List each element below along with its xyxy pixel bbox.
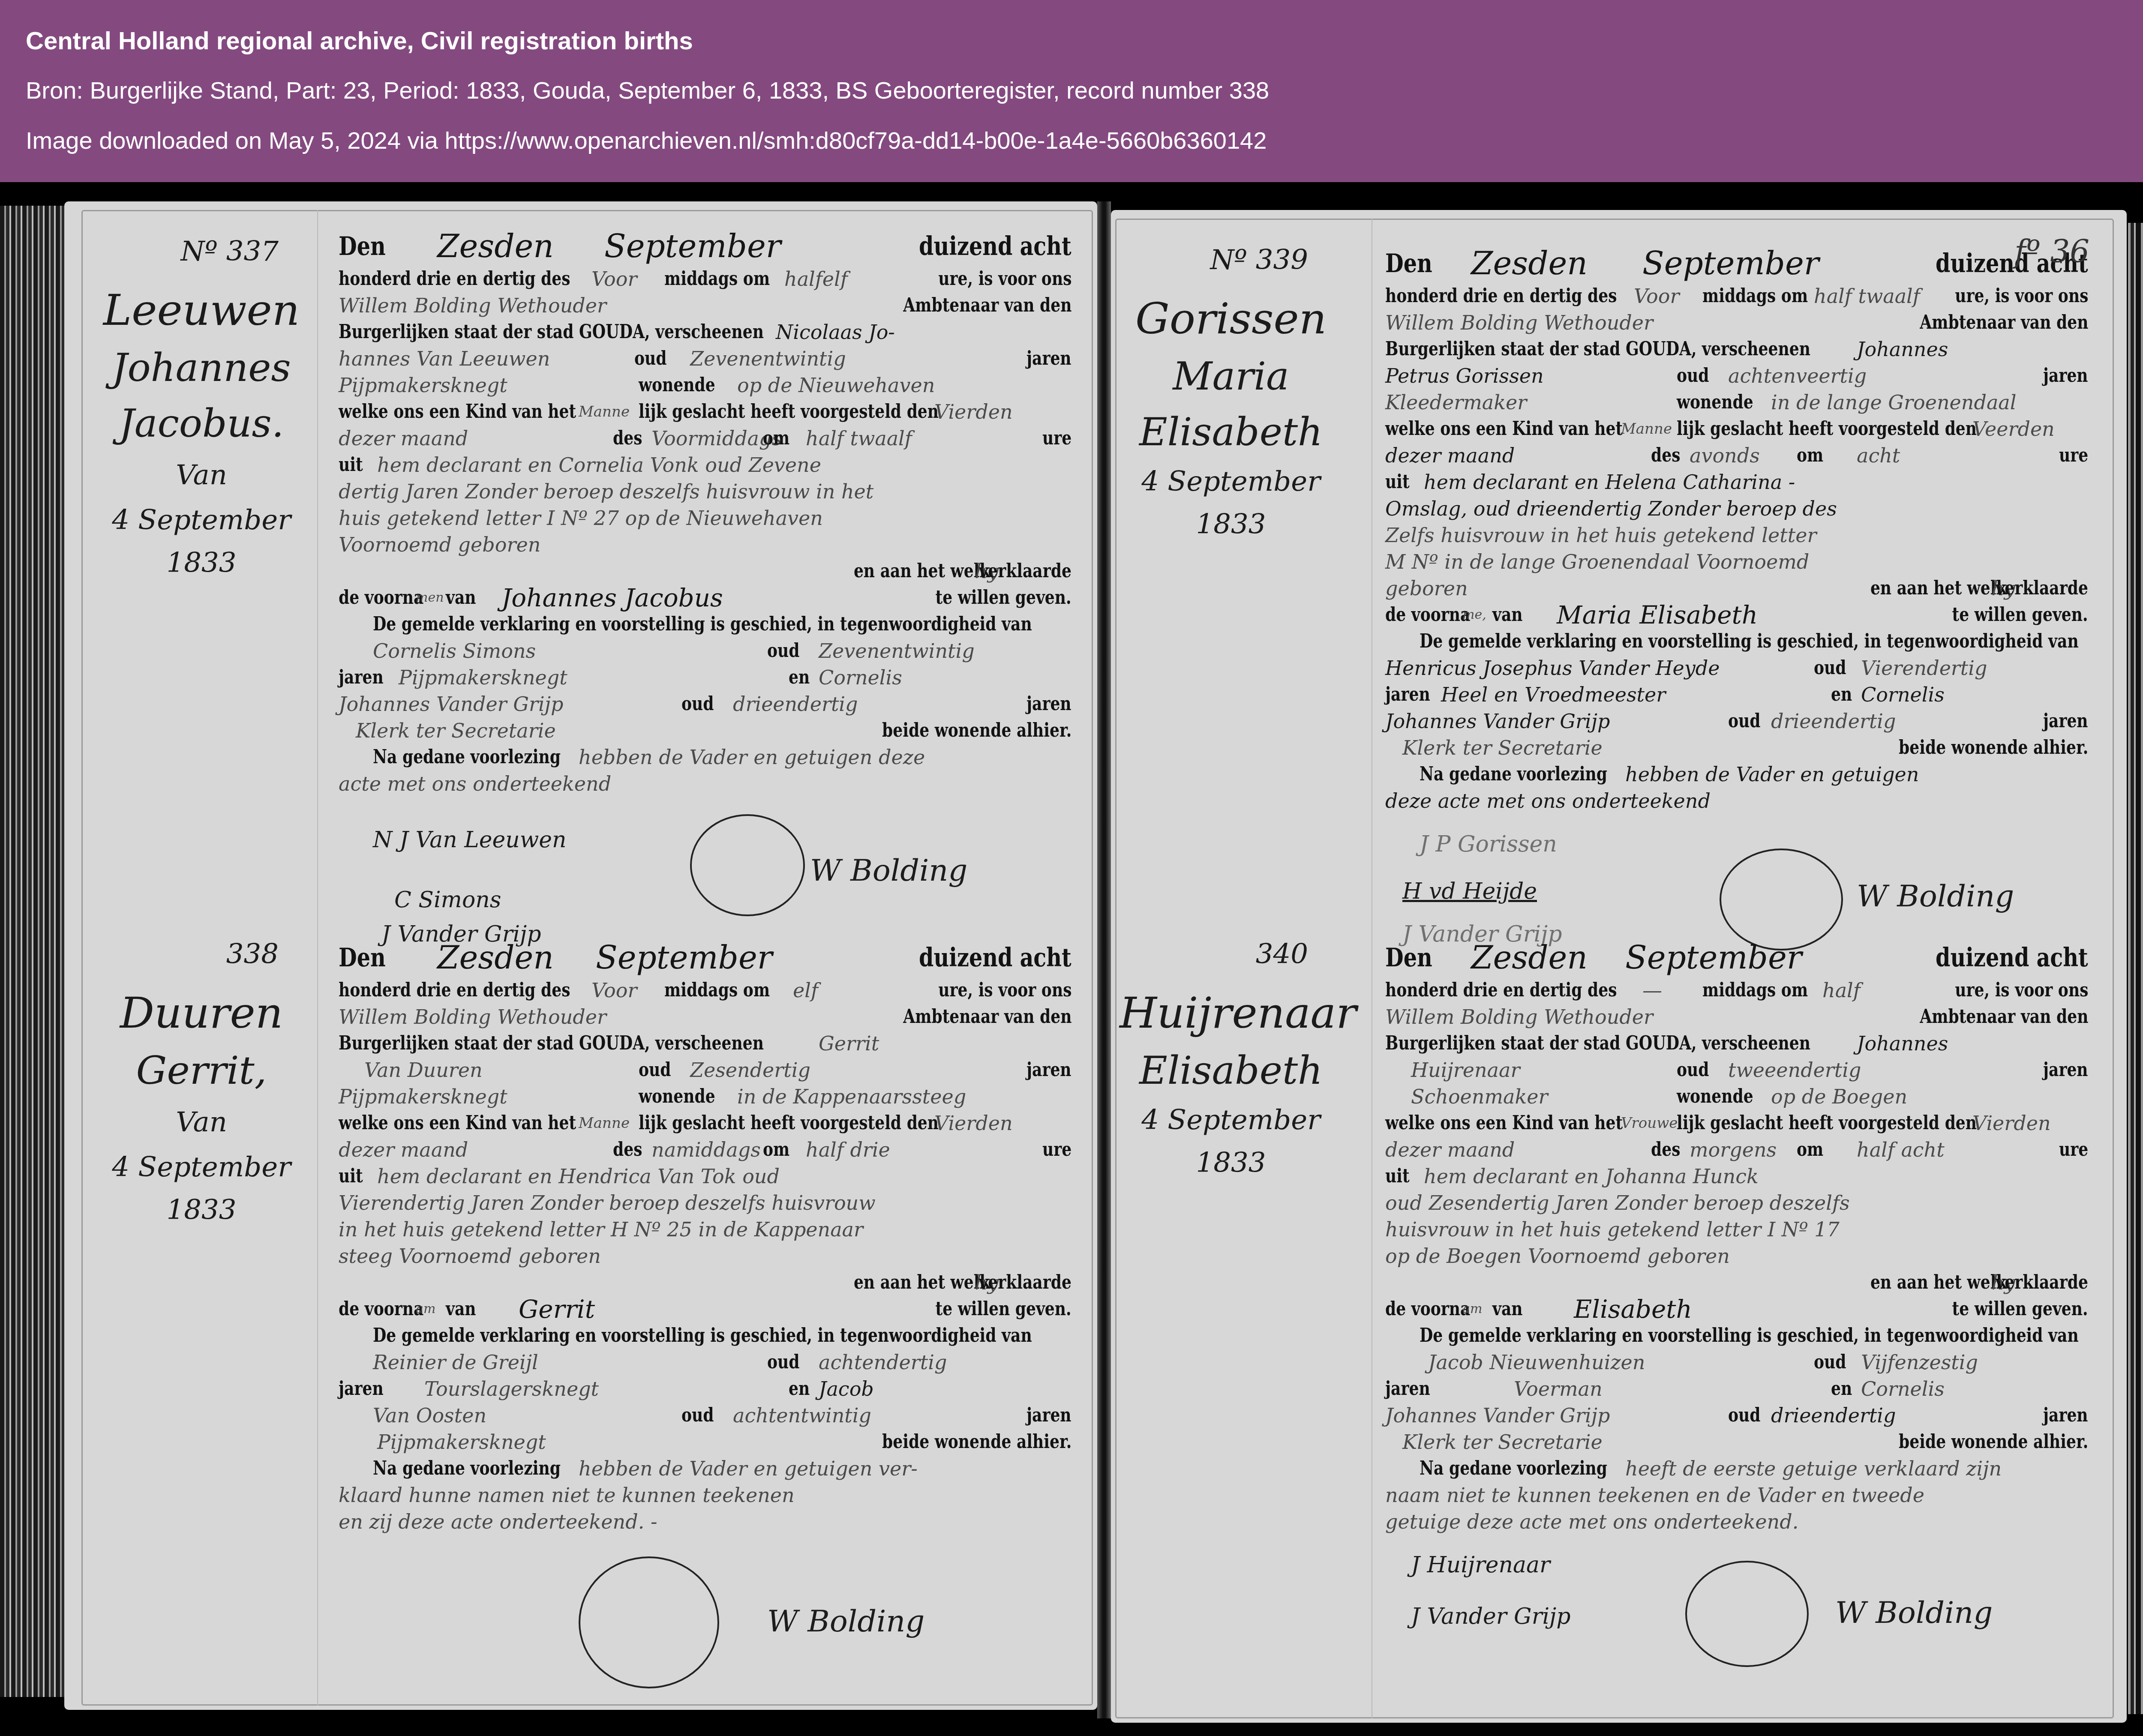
printed-honderd: honderd drie en dertig des [1385,283,1617,309]
child-sex: Manne [579,1110,630,1136]
printed-oud: oud [639,1057,671,1083]
closing-text: hebben de Vader en getuigen ver- [579,1455,918,1482]
birth-day: Vierden [934,399,1013,425]
witness-1-name: Henricus Josephus Vander Heyde [1385,657,1720,680]
printed-oud: oud [634,345,667,372]
mother-line: hem declarant en Hendrica Van Tok oud [377,1163,780,1190]
daypart: Voor [1634,283,1679,309]
printed-om: om [763,425,789,452]
printed-om: om [1797,442,1823,469]
printed-jaren: jaren [1385,1376,1430,1402]
closing-text: deze acte met ons onderteekend [1385,789,1711,813]
printed-ure: ure [1042,1136,1071,1163]
printed-en-aan-het-welk: en aan het welk [854,1269,990,1296]
child-name: Elisabeth [1574,1296,1692,1322]
printed-middags-om: middags om [664,977,770,1004]
day-handwritten: Zesden [1471,938,1588,977]
margin-van: Van [90,1099,313,1146]
record-margin-note: Nº 337 Leeuwen Johannes Jacobus. Van 4 S… [90,236,313,585]
printed-oud: oud [1677,1057,1709,1083]
margin-surname: Gorissen [1120,289,1342,349]
margin-birth-date: 4 September [1120,1099,1342,1142]
witness-1-age: Vijfenzestig [1861,1349,1978,1376]
printed-ure: ure [2059,1136,2088,1163]
margin-birth-year: 1833 [1120,1142,1342,1184]
printed-wonende: wonende [1677,389,1753,416]
deze-maand: dezer maand [339,427,468,450]
margin-birth-year: 1833 [90,542,313,585]
printed-na-gedane-voorlezing: Na gedane voorlezing [1420,1455,1607,1482]
register-page-left: Nº 337 Leeuwen Johannes Jacobus. Van 4 S… [64,201,1097,1710]
witness-2-age: drieendertig [1771,708,1896,735]
folio-number: fº 36 [2014,234,2089,270]
printed-de-voorna: de voorna [339,1296,423,1322]
printed-en: en [789,664,810,691]
declarant-name: Johannes [1857,1030,1948,1057]
witness-2-age: drieendertig [733,691,858,717]
printed-oud: oud [767,1349,800,1376]
printed-lijk-geslacht: lijk geslacht heeft voorgesteld den [639,399,939,425]
child-name: Gerrit [519,1296,595,1322]
signature-witness-2: J Vander Grijp [1411,1604,1571,1629]
birth-time: acht [1857,442,1900,469]
child-sex: Manne [579,399,630,425]
witness-1-name: Jacob Nieuwenhuizen [1428,1351,1645,1374]
signature-father: J Huijrenaar [1411,1552,1550,1578]
declarant-occupation: Pijpmakersknegt [339,374,507,397]
time: halfelf [784,266,848,292]
mother-line: dertig Jaren Zonder beroep deszelfs huis… [339,480,873,503]
declarant-name: Gerrit [819,1030,879,1057]
time: elf [793,977,818,1004]
printed-welke-ons: welke ons een Kind van het [339,399,576,425]
residence: op de Nieuwehaven [737,372,935,399]
margin-birth-date: 4 September [90,499,313,542]
printed-te-willen-geven: te willen geven. [936,585,1071,611]
margin-birth-year: 1833 [1120,503,1342,546]
register-page-right: Nº 339 Gorissen Maria Elisabeth 4 Septem… [1111,210,2127,1723]
record-body: Den Zesden September duizend acht honder… [1385,938,2088,1706]
margin-given-name: Elisabeth [1120,1043,1342,1099]
printed-oud: oud [767,638,800,664]
printed-jaren: jaren [339,1376,384,1402]
margin-rule [317,210,318,1706]
header-download-info: Image downloaded on May 5, 2024 via http… [26,126,1267,154]
printed-lijk-geslacht: lijk geslacht heeft voorgesteld den [1677,1110,1977,1136]
official: Willem Bolding Wethouder [339,294,606,317]
birth-daypart: Voormiddags [651,425,782,452]
declarant-occupation: Kleedermaker [1385,391,1527,414]
margin-rule [1372,219,1372,1718]
printed-middags-om: middags om [664,266,770,292]
printed-en: en [1831,1376,1852,1402]
printed-lijk-geslacht: lijk geslacht heeft voorgesteld den [639,1110,939,1136]
residence: op de Boegen [1771,1083,1907,1110]
mother-line: op de Boegen Voornoemd geboren [1385,1244,1730,1268]
signature-father: J P Gorissen [1420,831,1557,857]
archive-header: Central Holland regional archive, Civil … [0,0,2143,182]
printed-burgerlijken: Burgerlijken staat der stad GOUDA, versc… [1385,1030,1810,1057]
witness-1-age: Vierendertig [1861,655,1987,681]
declarant-name-cont: Van Duuren [364,1058,483,1082]
printed-duizend-acht: duizend acht [919,227,1071,266]
printed-jaren: jaren [2043,708,2088,735]
book-gutter [1097,201,1111,1718]
page-stack-left-edge [0,206,64,1697]
margin-surname: Leeuwen [90,280,313,340]
margin-given-name: Gerrit, [90,1043,313,1099]
margin-given-name: Jacobus. [90,396,313,452]
printed-te-willen-geven: te willen geven. [1952,602,2088,628]
mother-line: M Nº in de lange Groenendaal Voornoemd [1385,550,1809,573]
month-handwritten: September [1642,244,1819,283]
residence: in de Kappenaarssteeg [737,1083,966,1110]
birth-daypart: avonds [1690,442,1760,469]
declarant-age: achtenveertig [1728,363,1867,389]
printed-te-willen-geven: te willen geven. [936,1296,1071,1322]
official-signature-flourish [690,814,805,916]
printed-ure-is-voor-ons: ure, is voor ons [1955,977,2088,1004]
month-handwritten: September [596,938,772,977]
printed-beide-wonende: beide wonende alhier. [882,1429,1071,1455]
printed-oud: oud [1728,708,1761,735]
mother-line: hem declarant en Helena Catharina - [1424,469,1795,495]
printed-welke-ons: welke ons een Kind van het [1385,1110,1623,1136]
printed-ure-is-voor-ons: ure, is voor ons [1955,283,2088,309]
printed-duizend-acht: duizend acht [1936,938,2088,977]
printed-uit: uit [339,452,363,478]
printed-van: van [446,585,476,611]
closing-text: naam niet te kunnen teekenen en de Vader… [1385,1484,1924,1507]
mother-line: oud Zesendertig Jaren Zonder beroep desz… [1385,1191,1850,1214]
child-name: Johannes Jacobus [501,585,723,611]
printed-beide-wonende: beide wonende alhier. [882,717,1071,744]
printed-beide-wonende: beide wonende alhier. [1899,1429,2088,1455]
declarant-occupation: Schoenmaker [1411,1085,1548,1108]
printed-ambtenaar: Ambtenaar van den [1920,1004,2088,1030]
printed-den: Den [339,227,386,266]
printed-welke-ons: welke ons een Kind van het [1385,416,1623,442]
printed-wonende: wonende [639,1083,715,1110]
voornamen-suffix: me, [1462,602,1486,628]
voornamen-suffix: men [416,585,444,611]
printed-oud: oud [1814,1349,1846,1376]
printed-oud: oud [681,1402,714,1429]
printed-na-gedane-voorlezing: Na gedane voorlezing [373,1455,561,1482]
printed-verklaarde: verklaarde [1996,1269,2088,1296]
declarant-age: Zevenentwintig [690,345,846,372]
record-body: Den Zesden September duizend acht honder… [339,938,1071,1706]
closing-text: heeft de eerste getuige verklaard zijn [1625,1455,2002,1482]
witness-2-occupation: Klerk ter Secretarie [1402,736,1603,759]
printed-gemelde-verklaring: De gemelde verklaring en voorstelling is… [373,1322,1032,1349]
mother-line: geboren [1385,577,1468,600]
witness-1-occupation: Pijpmakersknegt [399,664,567,691]
printed-des: des [1651,442,1680,469]
declarant-name-cont: hannes Van Leeuwen [339,347,550,370]
printed-oud: oud [1677,363,1709,389]
witness-2-name-cont: Van Oosten [373,1404,486,1427]
margin-birth-date: 4 September [90,1146,313,1189]
record-number: 340 [1120,938,1342,970]
time: half [1822,977,1861,1004]
margin-given-name: Elisabeth [1120,405,1342,460]
printed-lijk-geslacht: lijk geslacht heeft voorgesteld den [1677,416,1977,442]
margin-van: Van [90,452,313,499]
declarant-name: Johannes [1857,336,1948,363]
printed-jaren: jaren [2043,1057,2088,1083]
printed-des: des [613,1136,642,1163]
declarant-age: Zesendertig [690,1057,810,1083]
printed-na-gedane-voorlezing: Na gedane voorlezing [1420,761,1607,788]
record-number: 338 [90,938,313,970]
closing-text: getuige deze acte met ons onderteekend. [1385,1510,1798,1533]
printed-oud: oud [1728,1402,1761,1429]
mother-line: huis getekend letter I Nº 27 op de Nieuw… [339,507,823,530]
printed-honderd: honderd drie en dertig des [339,977,570,1004]
printed-ambtenaar: Ambtenaar van den [903,1004,1071,1030]
closing-text: hebben de Vader en getuigen [1625,761,1919,788]
printed-en-aan-het-welk: en aan het welk [1870,575,2007,602]
witness-2-age: achtentwintig [733,1402,871,1429]
printed-ambtenaar: Ambtenaar van den [903,292,1071,319]
margin-birth-year: 1833 [90,1189,313,1232]
witness-2-name: Jacob [819,1376,874,1402]
witness-2-name: Cornelis [1861,681,1945,708]
printed-verklaarde: verklaarde [979,1269,1071,1296]
official: Willem Bolding Wethouder [1385,311,1653,334]
record-margin-note: Nº 339 Gorissen Maria Elisabeth 4 Septem… [1120,244,1342,546]
closing-text: acte met ons onderteekend [339,772,611,795]
printed-uit: uit [1385,469,1410,495]
margin-given-name: Johannes [90,340,313,396]
header-source: Bron: Burgerlijke Stand, Part: 23, Perio… [26,76,1269,104]
printed-den: Den [339,938,386,977]
printed-duizend-acht: duizend acht [919,938,1071,977]
mother-line: hem declarant en Cornelia Vonk oud Zeven… [377,452,821,478]
margin-birth-date: 4 September [1120,460,1342,503]
declarant-name: Nicolaas Jo- [776,319,895,345]
printed-den: Den [1385,244,1432,283]
record-body: Den Zesden September duizend acht honder… [1385,244,2088,986]
printed-beide-wonende: beide wonende alhier. [1899,735,2088,761]
printed-middags-om: middags om [1702,977,1808,1004]
printed-middags-om: middags om [1702,283,1808,309]
printed-ure-is-voor-ons: ure, is voor ons [938,266,1071,292]
witness-1-occupation: Heel en Vroedmeester [1441,681,1666,708]
official-signature-flourish [579,1556,719,1688]
margin-surname: Huijrenaar [1120,983,1342,1043]
printed-jaren: jaren [2043,1402,2088,1429]
printed-en: en [789,1376,810,1402]
printed-honderd: honderd drie en dertig des [1385,977,1617,1004]
printed-gemelde-verklaring: De gemelde verklaring en voorstelling is… [373,611,1032,638]
printed-burgerlijken: Burgerlijken staat der stad GOUDA, versc… [339,1030,764,1057]
mother-line: huisvrouw in het huis getekend letter I … [1385,1218,1840,1241]
printed-ambtenaar: Ambtenaar van den [1920,309,2088,336]
mother-line: Voornoemd geboren [339,533,540,556]
birth-day: Vierden [1972,1110,2051,1136]
printed-ure: ure [2059,442,2088,469]
signature-witness-1: C Simons [394,887,501,913]
official: Willem Bolding Wethouder [1385,1005,1653,1028]
voornamen-suffix: am [1462,1296,1482,1322]
printed-wonende: wonende [639,372,715,399]
margin-given-name: Maria [1120,349,1342,405]
residence: in de lange Groenendaal [1771,389,2016,416]
witness-1-name: Cornelis Simons [373,639,536,663]
child-name: Maria Elisabeth [1557,602,1758,628]
page-stack-right-edge [2128,223,2143,1714]
signature-block: W Bolding [339,1552,1071,1706]
signature-block: J Huijrenaar J Vander Grijp W Bolding [1385,1552,2088,1706]
header-title: Central Holland regional archive, Civil … [26,27,693,55]
deze-maand: dezer maand [1385,444,1515,467]
witness-1-name: Reinier de Greijl [373,1351,538,1374]
mother-line: Omslag, oud drieendertig Zonder beroep d… [1385,497,1837,520]
printed-burgerlijken: Burgerlijken staat der stad GOUDA, versc… [1385,336,1810,363]
witness-2-occupation: Klerk ter Secretarie [356,719,556,742]
birth-day: Vierden [934,1110,1013,1136]
official: Willem Bolding Wethouder [339,1005,606,1028]
mother-line: in het huis getekend letter H Nº 25 in d… [339,1218,863,1241]
printed-jaren: jaren [1385,681,1430,708]
record-number: Nº 337 [90,236,313,267]
day-handwritten: Zesden [437,227,554,266]
printed-te-willen-geven: te willen geven. [1952,1296,2088,1322]
printed-van: van [446,1296,476,1322]
printed-burgerlijken: Burgerlijken staat der stad GOUDA, versc… [339,319,764,345]
day-handwritten: Zesden [1471,244,1588,283]
time: half twaalf [1814,283,1920,309]
mother-line: steeg Voornoemd geboren [339,1244,601,1268]
witness-2-name-cont: Johannes Vander Grijp [1385,1404,1610,1427]
printed-en-aan-het-welk: en aan het welk [854,558,990,585]
signature-official: W Bolding [767,1604,924,1639]
printed-en: en [1831,681,1852,708]
printed-jaren: jaren [339,664,384,691]
signature-official: W Bolding [810,853,967,888]
declarant-name-cont: Huijrenaar [1411,1058,1520,1082]
printed-gemelde-verklaring: De gemelde verklaring en voorstelling is… [1420,1322,2079,1349]
declarant-occupation: Pijpmakersknegt [339,1085,507,1108]
daypart: Voor [591,977,637,1004]
witness-2-age: drieendertig [1771,1402,1896,1429]
witness-2-occupation: Klerk ter Secretarie [1402,1430,1603,1454]
declarant-age: tweeendertig [1728,1057,1861,1083]
voornamen-suffix: am [416,1296,435,1322]
printed-om: om [1797,1136,1823,1163]
printed-verklaarde: verklaarde [1996,575,2088,602]
child-sex: Vrouwe [1621,1110,1678,1136]
deze-maand: dezer maand [1385,1138,1515,1161]
mother-line: Vierendertig Jaren Zonder beroep deszelf… [339,1191,876,1214]
witness-1-occupation: Voerman [1514,1376,1603,1402]
record-margin-note: 338 Duuren Gerrit, Van 4 September 1833 [90,938,313,1232]
witness-2-name-cont: Johannes Vander Grijp [339,693,563,716]
margin-surname: Duuren [90,983,313,1043]
declarant-name-cont: Petrus Gorissen [1385,364,1544,387]
signature-father: N J Van Leeuwen [373,827,567,853]
closing-text: hebben de Vader en getuigen deze [579,744,925,771]
birth-day: Veerden [1972,416,2055,442]
printed-van: van [1492,1296,1523,1322]
closing-text: klaard hunne namen niet te kunnen teeken… [339,1484,795,1507]
printed-wonende: wonende [1677,1083,1753,1110]
printed-uit: uit [1385,1163,1410,1190]
printed-oud: oud [681,691,714,717]
printed-den: Den [1385,938,1432,977]
printed-jaren: jaren [1026,691,1071,717]
signature-witness-1: H vd Heijde [1402,878,1537,904]
printed-welke-ons: welke ons een Kind van het [339,1110,576,1136]
printed-jaren: jaren [1026,1057,1071,1083]
printed-de-voorna: de voorna [339,585,423,611]
printed-oud: oud [1814,655,1846,681]
closing-text: en zij deze acte onderteekend. - [339,1510,657,1533]
printed-ure: ure [1042,425,1071,452]
printed-jaren: jaren [2043,363,2088,389]
month-handwritten: September [1625,938,1802,977]
birth-time: half acht [1857,1136,1945,1163]
daypart: — [1642,977,1662,1004]
witness-1-age: Zevenentwintig [819,638,975,664]
printed-om: om [763,1136,789,1163]
printed-na-gedane-voorlezing: Na gedane voorlezing [373,744,561,771]
printed-honderd: honderd drie en dertig des [339,266,570,292]
child-sex: Manne [1621,416,1672,442]
birth-daypart: morgens [1690,1136,1777,1163]
printed-ure-is-voor-ons: ure, is voor ons [938,977,1071,1004]
birth-daypart: namiddags [651,1136,761,1163]
printed-des: des [613,425,642,452]
birth-time: half drie [806,1136,890,1163]
signature-official: W Bolding [1857,878,2014,914]
month-handwritten: September [604,227,781,266]
mother-line: Zelfs huisvrouw in het huis getekend let… [1385,524,1816,547]
day-handwritten: Zesden [437,938,554,977]
witness-1-occupation: Tourslagersknegt [424,1376,599,1402]
official-signature-flourish [1720,849,1843,950]
record-number: Nº 339 [1120,244,1342,276]
printed-gemelde-verklaring: De gemelde verklaring en voorstelling is… [1420,628,2079,655]
printed-verklaarde: verklaarde [979,558,1071,585]
record-body: Den Zesden September duizend acht honder… [339,227,1071,968]
birth-time: half twaalf [806,425,912,452]
witness-2-name-cont: Johannes Vander Grijp [1385,710,1610,733]
printed-van: van [1492,602,1523,628]
deze-maand: dezer maand [339,1138,468,1161]
printed-de-voorna: de voorna [1385,1296,1470,1322]
witness-2-name: Cornelis [1861,1376,1945,1402]
printed-en-aan-het-welk: en aan het welk [1870,1269,2007,1296]
printed-uit: uit [339,1163,363,1190]
printed-jaren: jaren [1026,1402,1071,1429]
printed-jaren: jaren [1026,345,1071,372]
daypart: Voor [591,266,637,292]
signature-official: W Bolding [1835,1595,1993,1630]
official-signature-flourish [1685,1561,1809,1667]
witness-2-name: Cornelis [819,664,902,691]
witness-1-age: achtendertig [819,1349,947,1376]
printed-des: des [1651,1136,1680,1163]
mother-line: hem declarant en Johanna Hunck [1424,1163,1759,1190]
printed-de-voorna: de voorna [1385,602,1470,628]
witness-2-occupation: Pijpmakersknegt [377,1430,546,1454]
record-margin-note: 340 Huijrenaar Elisabeth 4 September 183… [1120,938,1342,1184]
